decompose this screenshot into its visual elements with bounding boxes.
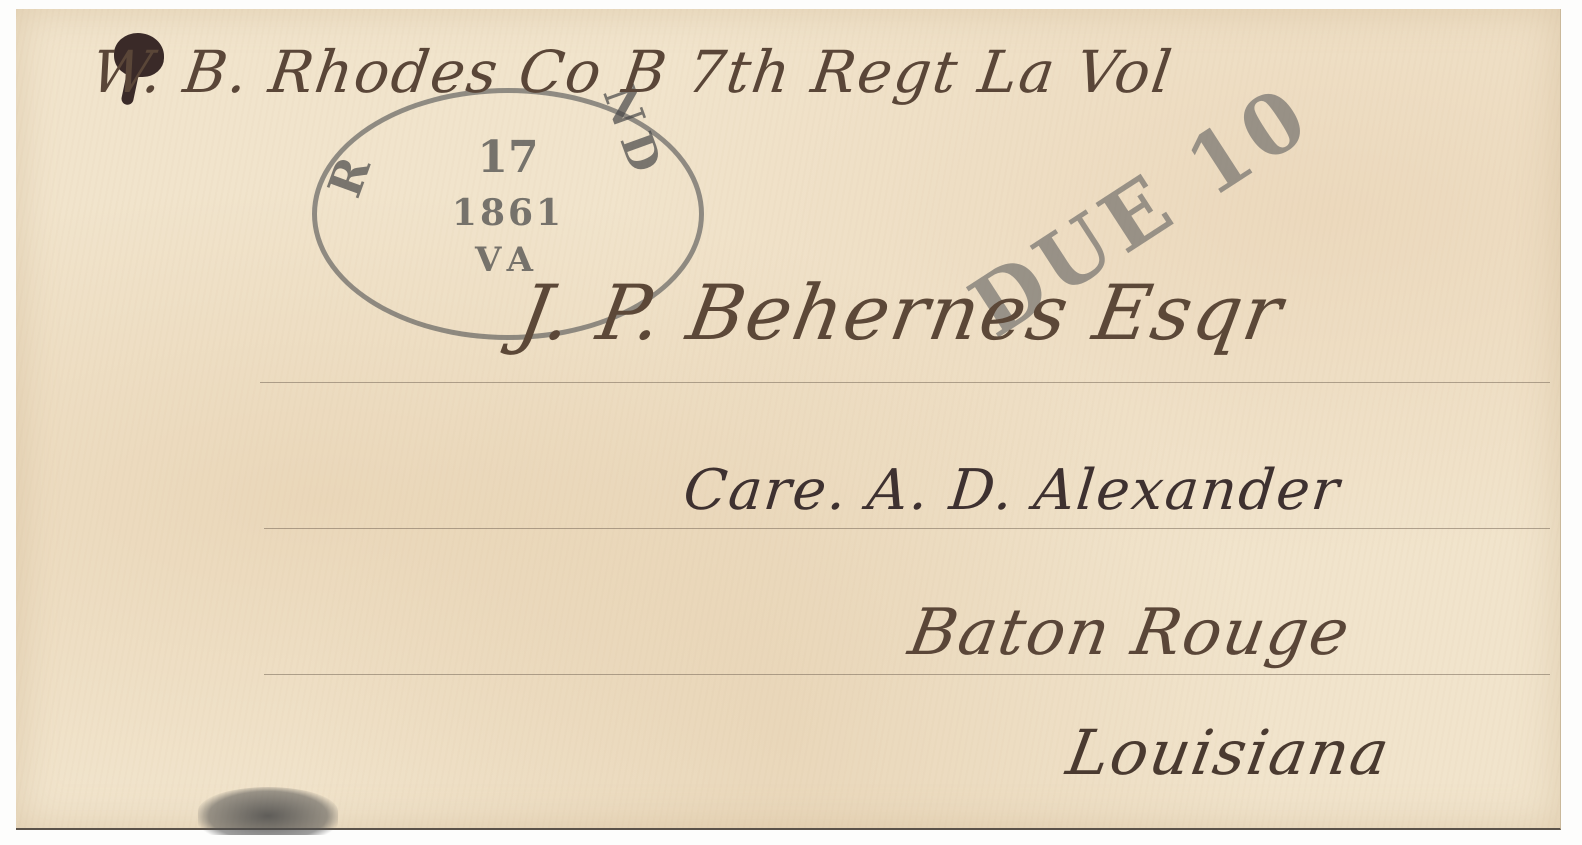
postmark-day: 17 <box>312 132 704 183</box>
address-city: Baton Rouge <box>903 596 1356 670</box>
care-of-line: Care. A. D. Alexander <box>681 458 1344 523</box>
sender-endorsement: W. B. Rhodes Co B 7th Regt La Vol <box>87 38 1177 106</box>
address-guide-line-1 <box>260 382 1550 383</box>
addressee-name: J. P. Behernes Esqr <box>512 268 1290 357</box>
address-guide-line-3 <box>264 674 1550 675</box>
postmark-year: 1861 <box>312 192 704 234</box>
address-state: Louisiana <box>1062 716 1397 789</box>
envelope <box>16 9 1561 830</box>
address-guide-line-2 <box>264 528 1550 529</box>
ink-smudge <box>198 787 338 835</box>
